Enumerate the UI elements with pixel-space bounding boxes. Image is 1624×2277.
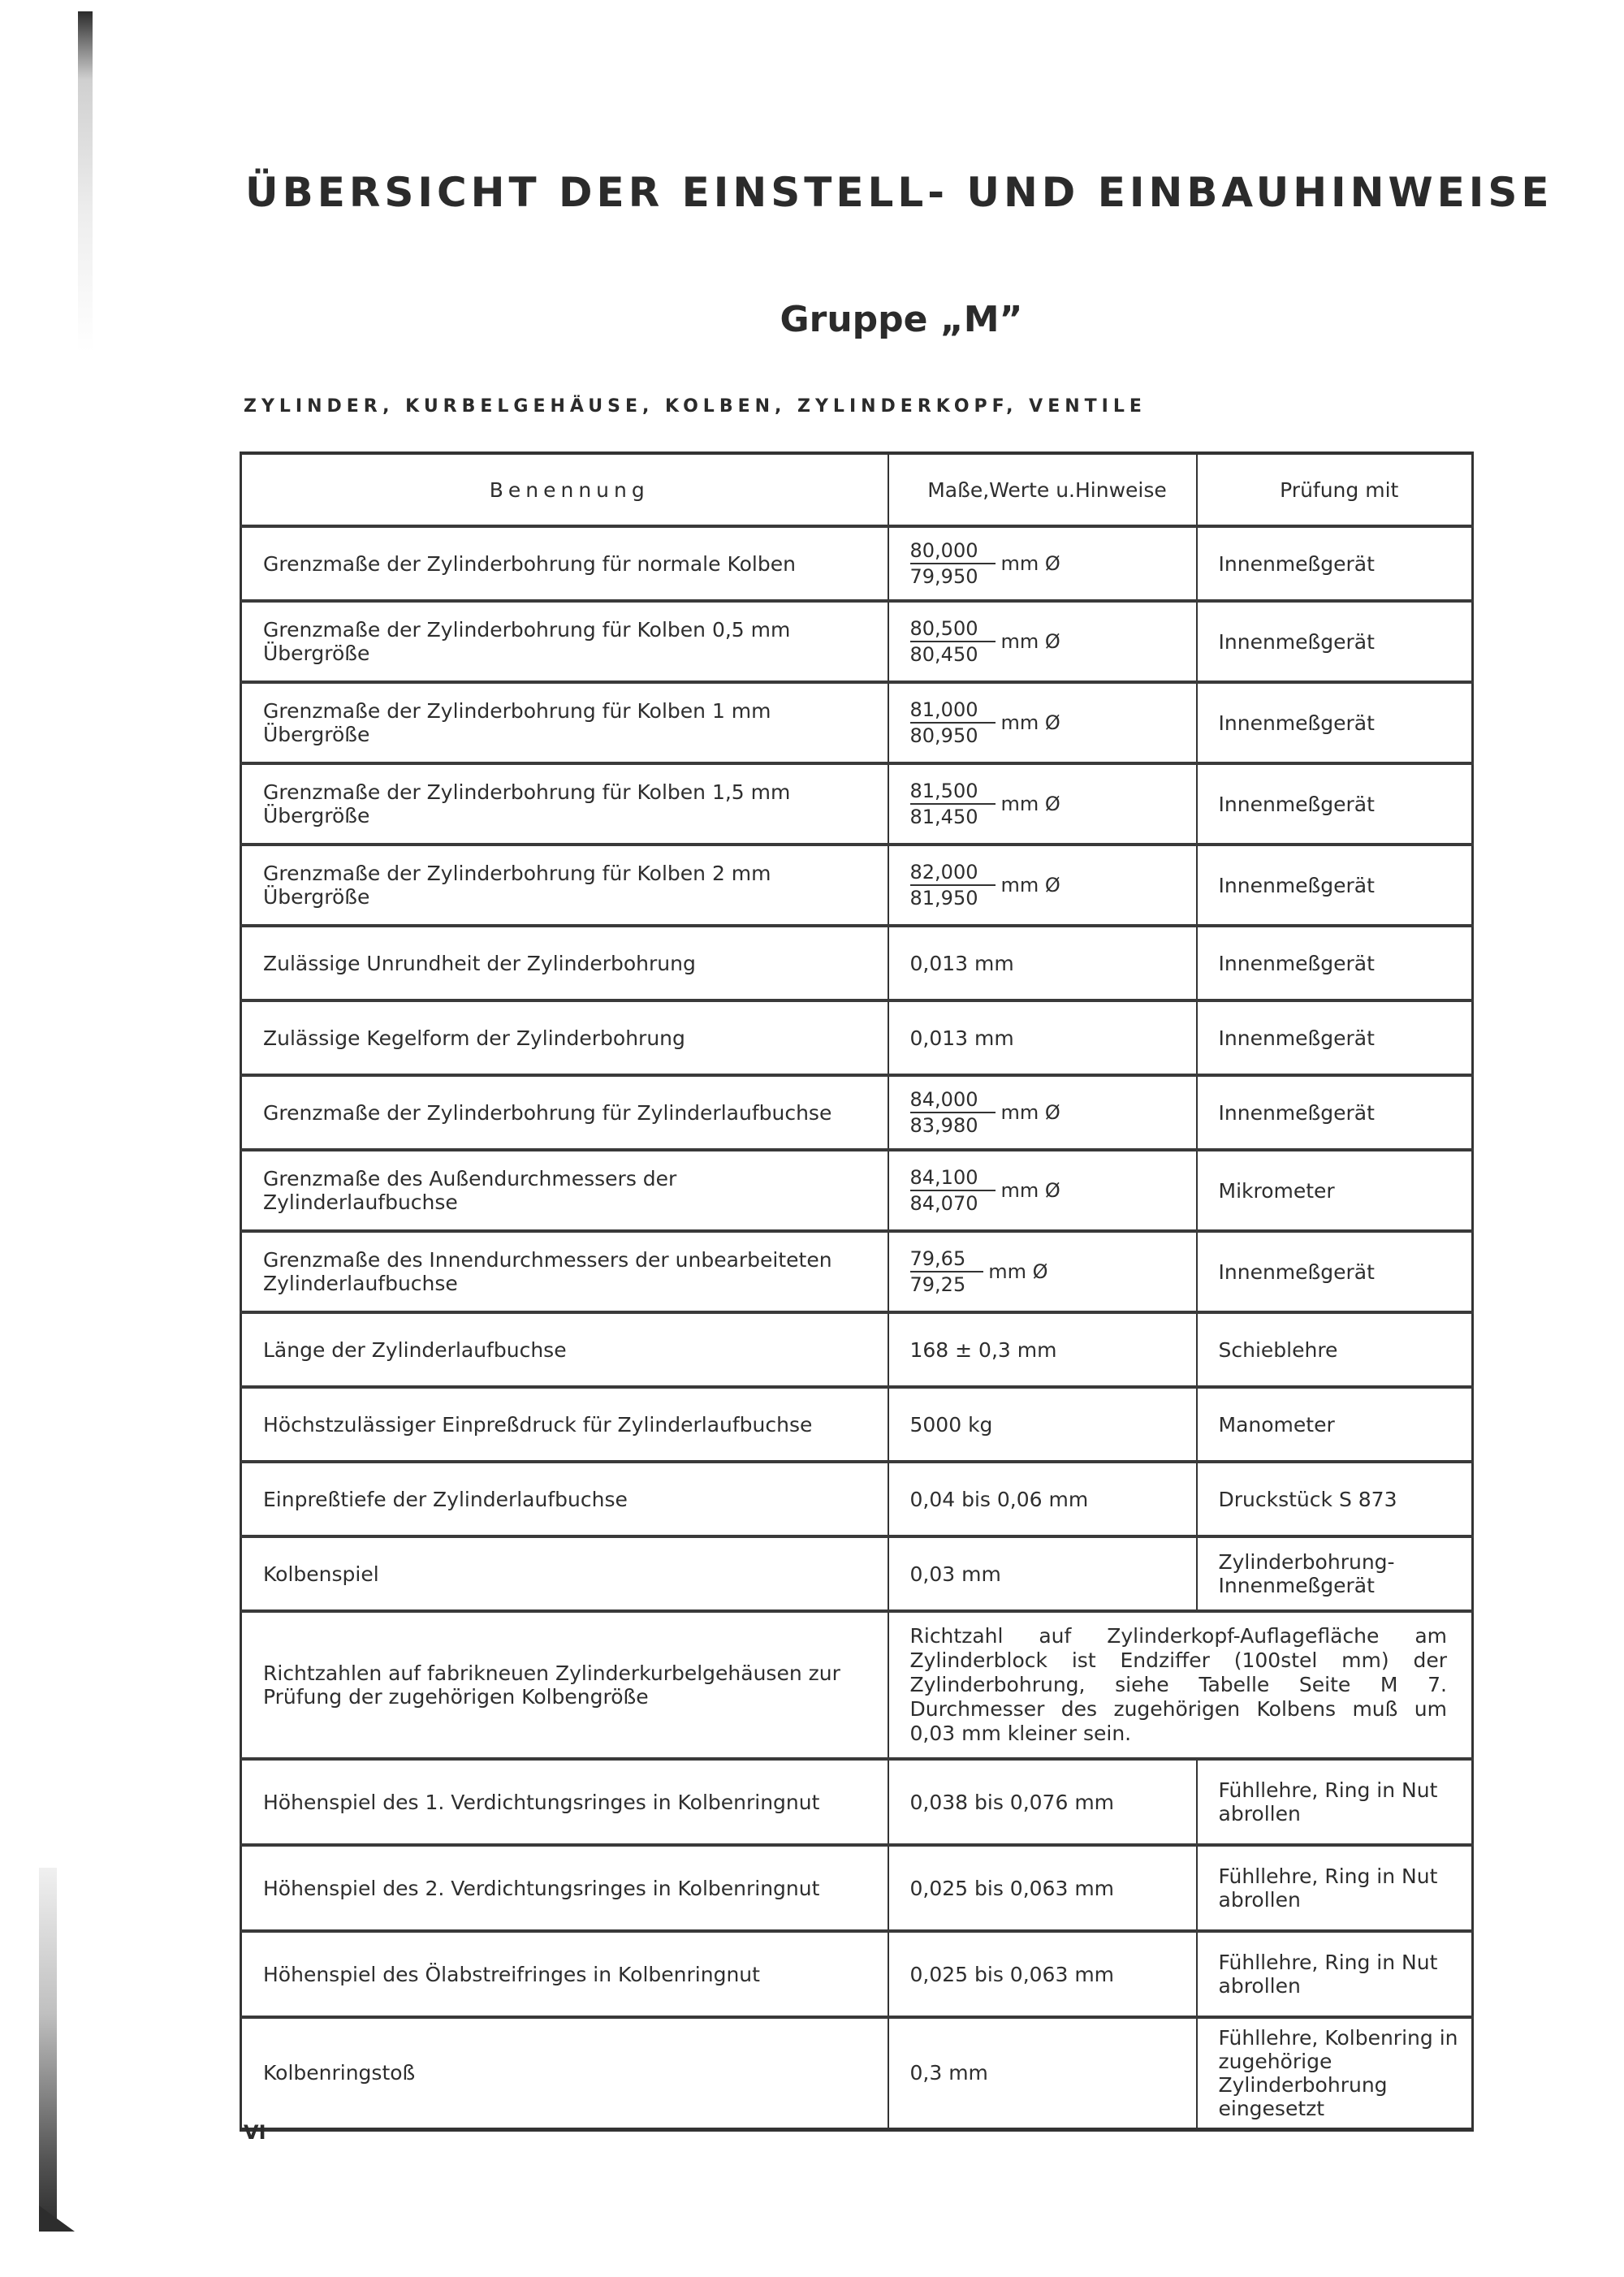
cell-name: Höchstzulässiger Einpreßdruck für Zylind… — [241, 1387, 888, 1462]
table-row: Grenzmaße des Innendurchmessers der unbe… — [241, 1231, 1473, 1312]
table-body: Grenzmaße der Zylinderbohrung für normal… — [241, 526, 1473, 2129]
table-row: Grenzmaße der Zylinderbohrung für Kolben… — [241, 601, 1473, 682]
cell-name: Grenzmaße der Zylinderbohrung für Kolben… — [241, 845, 888, 926]
lower-limit: 81,450 — [910, 805, 978, 829]
cell-name: Kolbenspiel — [241, 1536, 888, 1611]
table-row: Grenzmaße der Zylinderbohrung für Kolben… — [241, 682, 1473, 763]
cell-check-tool: Innenmeßgerät — [1197, 682, 1473, 763]
cell-name: Grenzmaße der Zylinderbohrung für Kolben… — [241, 601, 888, 682]
cell-value: 84,00083,980mm Ø — [888, 1075, 1197, 1150]
lower-limit: 83,980 — [910, 1113, 978, 1138]
cell-check-tool: Innenmeßgerät — [1197, 601, 1473, 682]
cell-value: 0,038 bis 0,076 mm — [888, 1759, 1197, 1845]
tolerance-fraction: 81,50081,450mm Ø — [910, 779, 1060, 829]
spec-table: Benennung Maße,Werte u.Hinweise Prüfung … — [240, 452, 1474, 2132]
cell-check-tool: Fühllehre, Ring in Nut abrollen — [1197, 1759, 1473, 1845]
cell-value: 0,04 bis 0,06 mm — [888, 1462, 1197, 1536]
cell-name: Grenzmaße der Zylinderbohrung für Kolben… — [241, 763, 888, 845]
scan-artifact-bottom — [39, 1868, 57, 2232]
diameter-unit: mm Ø — [988, 1260, 1047, 1284]
cell-check-tool: Innenmeßgerät — [1197, 845, 1473, 926]
cell-check-tool: Manometer — [1197, 1387, 1473, 1462]
cell-check-tool: Innenmeßgerät — [1197, 1231, 1473, 1312]
cell-name: Grenzmaße des Außendurchmessers der Zyli… — [241, 1150, 888, 1231]
cell-value: 80,50080,450mm Ø — [888, 601, 1197, 682]
cell-check-tool: Fühllehre, Ring in Nut abrollen — [1197, 1931, 1473, 2017]
upper-limit: 80,000 — [910, 538, 996, 564]
cell-name: Grenzmaße der Zylinderbohrung für Kolben… — [241, 682, 888, 763]
table-row: Höhenspiel des 2. Verdichtungsringes in … — [241, 1845, 1473, 1931]
cell-name: Länge der Zylinderlaufbuchse — [241, 1312, 888, 1387]
upper-limit: 81,000 — [910, 698, 996, 724]
cell-value: 0,013 mm — [888, 926, 1197, 1000]
cell-note: Richtzahl auf Zylinderkopf-Auflagefläche… — [910, 1624, 1461, 1746]
cell-check-tool: Innenmeßgerät — [1197, 926, 1473, 1000]
cell-value: 82,00081,950mm Ø — [888, 845, 1197, 926]
table-row: Richtzahlen auf fabrikneuen Zylinderkurb… — [241, 1611, 1473, 1759]
cell-value: 84,10084,070mm Ø — [888, 1150, 1197, 1231]
cell-name: Grenzmaße des Innendurchmessers der unbe… — [241, 1231, 888, 1312]
lower-limit: 79,950 — [910, 564, 978, 589]
cell-value: 81,50081,450mm Ø — [888, 763, 1197, 845]
diameter-unit: mm Ø — [1000, 793, 1060, 816]
upper-limit: 81,500 — [910, 779, 996, 805]
table-row: Höhenspiel des Ölabstreifringes in Kolbe… — [241, 1931, 1473, 2017]
tolerance-fraction: 84,10084,070mm Ø — [910, 1165, 1060, 1216]
cell-name: Zulässige Kegelform der Zylinderbohrung — [241, 1000, 888, 1075]
upper-limit: 84,100 — [910, 1165, 996, 1191]
cell-name: Höhenspiel des Ölabstreifringes in Kolbe… — [241, 1931, 888, 2017]
header-values: Maße,Werte u.Hinweise — [888, 453, 1197, 526]
table-row: Grenzmaße der Zylinderbohrung für Kolben… — [241, 763, 1473, 845]
upper-limit: 82,000 — [910, 860, 996, 886]
tolerance-fraction: 81,00080,950mm Ø — [910, 698, 1060, 748]
cell-check-tool: Zylinderbohrung-Innenmeßgerät — [1197, 1536, 1473, 1611]
cell-value: 0,025 bis 0,063 mm — [888, 1931, 1197, 2017]
upper-limit: 80,500 — [910, 616, 996, 642]
table-row: Grenzmaße der Zylinderbohrung für normal… — [241, 526, 1473, 601]
cell-check-tool: Innenmeßgerät — [1197, 1075, 1473, 1150]
cell-value: 0,03 mm — [888, 1536, 1197, 1611]
cell-name: Höhenspiel des 2. Verdichtungsringes in … — [241, 1845, 888, 1931]
tolerance-fraction: 79,6579,25mm Ø — [910, 1247, 1048, 1297]
table-row: Zulässige Kegelform der Zylinderbohrung0… — [241, 1000, 1473, 1075]
section-heading: ZYLINDER, KURBELGEHÄUSE, KOLBEN, ZYLINDE… — [244, 396, 1147, 417]
cell-value: 0,025 bis 0,063 mm — [888, 1845, 1197, 1931]
page-title: ÜBERSICHT DER EINSTELL- UND EINBAUHINWEI… — [245, 169, 1488, 216]
cell-name: Grenzmaße der Zylinderbohrung für normal… — [241, 526, 888, 601]
cell-check-tool: Innenmeßgerät — [1197, 1000, 1473, 1075]
table-row: Höchstzulässiger Einpreßdruck für Zylind… — [241, 1387, 1473, 1462]
cell-name: Richtzahlen auf fabrikneuen Zylinderkurb… — [241, 1611, 888, 1759]
page-number: VI — [244, 2121, 266, 2144]
tolerance-fraction: 82,00081,950mm Ø — [910, 860, 1060, 910]
tolerance-fraction: 80,50080,450mm Ø — [910, 616, 1060, 667]
diameter-unit: mm Ø — [1000, 711, 1060, 735]
cell-values-note: Richtzahl auf Zylinderkopf-Auflagefläche… — [888, 1611, 1473, 1759]
tolerance-fraction: 84,00083,980mm Ø — [910, 1087, 1060, 1138]
table-row: Länge der Zylinderlaufbuchse168 ± 0,3 mm… — [241, 1312, 1473, 1387]
table-row: Höhenspiel des 1. Verdichtungsringes in … — [241, 1759, 1473, 1845]
cell-check-tool: Fühllehre, Ring in Nut abrollen — [1197, 1845, 1473, 1931]
cell-value: 80,00079,950mm Ø — [888, 526, 1197, 601]
cell-name: Zulässige Unrundheit der Zylinderbohrung — [241, 926, 888, 1000]
table-row: Grenzmaße der Zylinderbohrung für Kolben… — [241, 845, 1473, 926]
table-row: Zulässige Unrundheit der Zylinderbohrung… — [241, 926, 1473, 1000]
cell-value: 168 ± 0,3 mm — [888, 1312, 1197, 1387]
tolerance-fraction: 80,00079,950mm Ø — [910, 538, 1060, 589]
diameter-unit: mm Ø — [1000, 552, 1060, 576]
header-name: Benennung — [241, 453, 888, 526]
table-row: Einpreßtiefe der Zylinderlaufbuchse0,04 … — [241, 1462, 1473, 1536]
cell-name: Einpreßtiefe der Zylinderlaufbuchse — [241, 1462, 888, 1536]
lower-limit: 81,950 — [910, 886, 978, 910]
lower-limit: 80,950 — [910, 724, 978, 748]
table-row: Kolbenspiel0,03 mmZylinderbohrung-Innenm… — [241, 1536, 1473, 1611]
cell-name: Grenzmaße der Zylinderbohrung für Zylind… — [241, 1075, 888, 1150]
cell-name: Kolbenringstoß — [241, 2017, 888, 2129]
cell-check-tool: Innenmeßgerät — [1197, 526, 1473, 601]
cell-value: 81,00080,950mm Ø — [888, 682, 1197, 763]
table-header-row: Benennung Maße,Werte u.Hinweise Prüfung … — [241, 453, 1473, 526]
lower-limit: 84,070 — [910, 1191, 978, 1216]
header-check: Prüfung mit — [1197, 453, 1473, 526]
table-row: Kolbenringstoß0,3 mmFühllehre, Kolbenrin… — [241, 2017, 1473, 2129]
cell-value: 0,3 mm — [888, 2017, 1197, 2129]
cell-name: Höhenspiel des 1. Verdichtungsringes in … — [241, 1759, 888, 1845]
cell-value: 79,6579,25mm Ø — [888, 1231, 1197, 1312]
lower-limit: 80,450 — [910, 642, 978, 667]
table-row: Grenzmaße der Zylinderbohrung für Zylind… — [241, 1075, 1473, 1150]
diameter-unit: mm Ø — [1000, 1179, 1060, 1203]
cell-value: 5000 kg — [888, 1387, 1197, 1462]
cell-check-tool: Schieblehre — [1197, 1312, 1473, 1387]
upper-limit: 84,000 — [910, 1087, 996, 1113]
table-row: Grenzmaße des Außendurchmessers der Zyli… — [241, 1150, 1473, 1231]
diameter-unit: mm Ø — [1000, 874, 1060, 897]
cell-check-tool: Druckstück S 873 — [1197, 1462, 1473, 1536]
upper-limit: 79,65 — [910, 1247, 984, 1272]
diameter-unit: mm Ø — [1000, 630, 1060, 654]
diameter-unit: mm Ø — [1000, 1101, 1060, 1125]
group-heading: Gruppe „M” — [0, 299, 1624, 340]
cell-check-tool: Fühllehre, Kolbenring in zugehörige Zyli… — [1197, 2017, 1473, 2129]
scan-artifact-corner — [39, 2206, 75, 2232]
cell-check-tool: Mikrometer — [1197, 1150, 1473, 1231]
cell-check-tool: Innenmeßgerät — [1197, 763, 1473, 845]
cell-value: 0,013 mm — [888, 1000, 1197, 1075]
lower-limit: 79,25 — [910, 1272, 966, 1297]
